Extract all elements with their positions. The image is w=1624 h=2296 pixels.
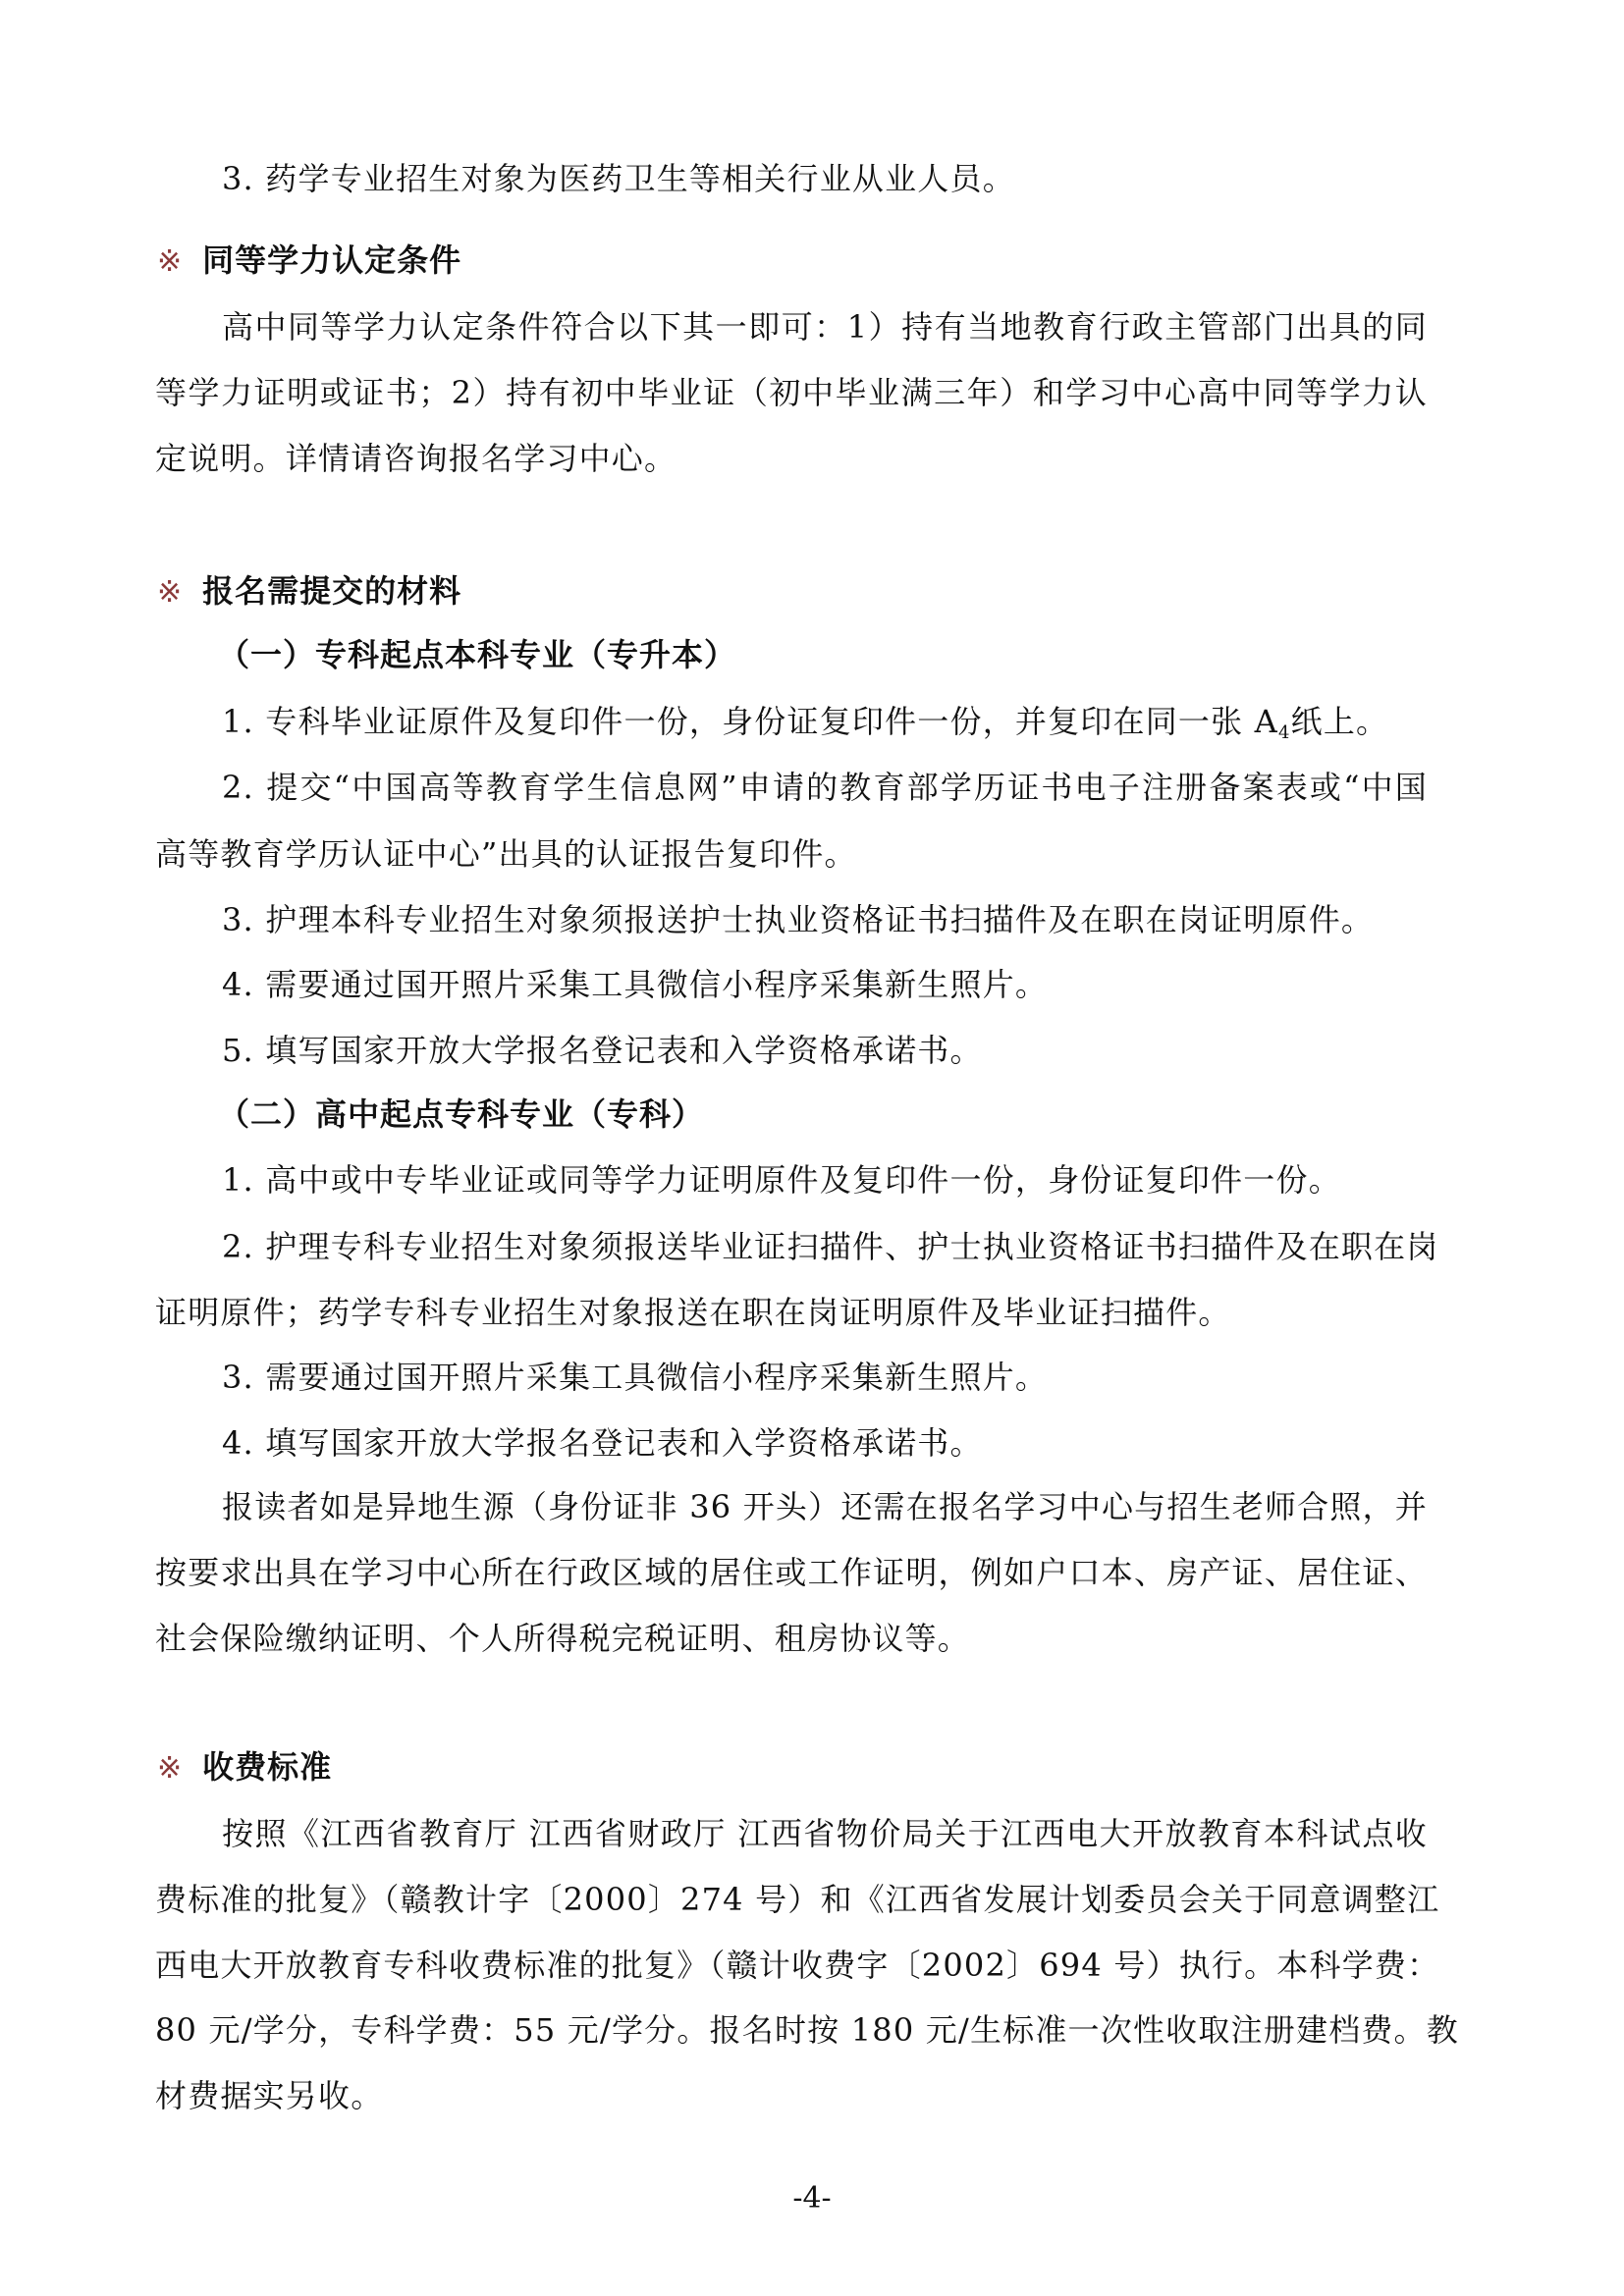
list-item: 2. 护理专科专业招生对象须报送毕业证扫描件、护士执业资格证书扫描件及在职在岗 xyxy=(222,1225,1428,1268)
paragraph-line: 80 元/学分，专科学费：55 元/学分。报名时按 180 元/生标准一次性收取… xyxy=(155,2008,1428,2052)
paragraph-line: 按要求出具在学习中心所在行政区域的居住或工作证明，例如户口本、房产证、居住证、 xyxy=(155,1551,1428,1594)
list-item: 3. 护理本科专业招生对象须报送护士执业资格证书扫描件及在职在岗证明原件。 xyxy=(222,898,1498,941)
section-heading-fees: ※收费标准 xyxy=(157,1745,332,1789)
list-item: 1. 专科毕业证原件及复印件一份，身份证复印件一份，并复印在同一张 A4纸上。 xyxy=(222,700,1498,743)
list-item-text: 纸上。 xyxy=(1291,703,1389,740)
paragraph-line: 高中同等学力认定条件符合以下其一即可：1）持有当地教育行政主管部门出具的同 xyxy=(222,305,1428,348)
list-item-text: 1. 专科毕业证原件及复印件一份，身份证复印件一份，并复印在同一张 A xyxy=(222,703,1278,740)
paragraph-line: 按照《江西省教育厅 江西省财政厅 江西省物价局关于江西电大开放教育本科试点收 xyxy=(222,1812,1428,1855)
list-item: 4. 需要通过国开照片采集工具微信小程序采集新生照片。 xyxy=(222,963,1498,1006)
section-heading-materials: ※报名需提交的材料 xyxy=(157,569,461,613)
subsection-heading-upgrade: （一）专科起点本科专业（专升本） xyxy=(218,633,736,676)
paragraph-line: 定说明。详情请咨询报名学习中心。 xyxy=(155,437,1432,480)
paragraph-line: 材费据实另收。 xyxy=(155,2074,1432,2117)
list-item: 5. 填写国家开放大学报名登记表和入学资格承诺书。 xyxy=(222,1029,1498,1072)
list-item: 3. 需要通过国开照片采集工具微信小程序采集新生照片。 xyxy=(222,1356,1498,1399)
paragraph-line: 西电大开放教育专科收费标准的批复》（赣计收费字〔2002〕694 号）执行。本科… xyxy=(155,1944,1428,1987)
list-item: 4. 填写国家开放大学报名登记表和入学资格承诺书。 xyxy=(222,1421,1498,1465)
heading-text: 报名需提交的材料 xyxy=(202,572,461,610)
section-heading-equivalence: ※同等学力认定条件 xyxy=(157,239,461,282)
list-item: 1. 高中或中专毕业证或同等学力证明原件及复印件一份，身份证复印件一份。 xyxy=(222,1158,1498,1201)
paragraph-line: 费标准的批复》（赣教计字〔2000〕274 号）和《江西省发展计划委员会关于同意… xyxy=(155,1878,1428,1921)
subscript: 4 xyxy=(1278,722,1291,743)
heading-text: 收费标准 xyxy=(202,1748,332,1786)
heading-text: 同等学力认定条件 xyxy=(202,241,461,279)
reference-mark-icon: ※ xyxy=(157,244,183,279)
list-item-continuation: 证明原件；药学专科专业招生对象报送在职在岗证明原件及毕业证扫描件。 xyxy=(155,1291,1432,1334)
page-number: -4- xyxy=(0,2177,1624,2220)
pharmacy-eligibility-line: 3. 药学专业招生对象为医药卫生等相关行业从业人员。 xyxy=(222,157,1498,200)
subsection-heading-college: （二）高中起点专科专业（专科） xyxy=(218,1093,704,1136)
paragraph-line: 等学力证明或证书；2）持有初中毕业证（初中毕业满三年）和学习中心高中同等学力认 xyxy=(155,371,1428,414)
paragraph-line: 报读者如是异地生源（身份证非 36 开头）还需在报名学习中心与招生老师合照，并 xyxy=(222,1485,1428,1528)
document-page: 3. 药学专业招生对象为医药卫生等相关行业从业人员。 ※同等学力认定条件 高中同… xyxy=(0,0,1624,2296)
list-item: 2. 提交“中国高等教育学生信息网”申请的教育部学历证书电子注册备案表或“中国 xyxy=(222,766,1428,809)
reference-mark-icon: ※ xyxy=(157,575,183,610)
reference-mark-icon: ※ xyxy=(157,1751,183,1786)
paragraph-line: 社会保险缴纳证明、个人所得税完税证明、租房协议等。 xyxy=(155,1617,1432,1660)
list-item-continuation: 高等教育学历认证中心”出具的认证报告复印件。 xyxy=(155,832,1432,876)
